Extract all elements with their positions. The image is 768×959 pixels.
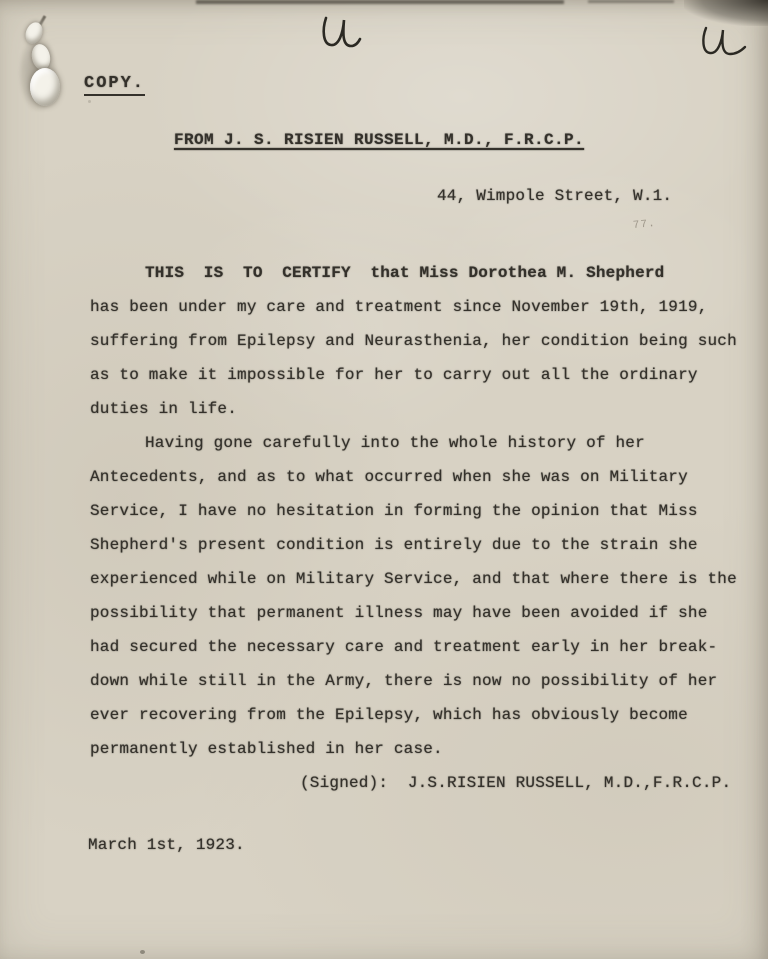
body-line: Service, I have no hesitation in forming… xyxy=(90,494,745,528)
body-line: has been under my care and treatment sin… xyxy=(90,290,745,324)
handwritten-u-mark-right xyxy=(698,24,748,62)
faint-pencil-mark: 77. xyxy=(632,218,656,232)
address-line: 44, Wimpole Street, W.1. xyxy=(437,187,672,205)
copy-label: COPY. xyxy=(84,74,145,96)
body-line: possibility that permanent illness may h… xyxy=(90,596,745,630)
body-line: down while still in the Army, there is n… xyxy=(90,664,745,698)
certify-line: THIS IS TO CERTIFY that Miss Dorothea M.… xyxy=(90,256,745,290)
letter-body: THIS IS TO CERTIFY that Miss Dorothea M.… xyxy=(90,256,745,800)
body-line: duties in life. xyxy=(90,392,745,426)
body-line: suffering from Epilepsy and Neurasthenia… xyxy=(90,324,745,358)
body-line: permanently established in her case. xyxy=(90,732,745,766)
page-corner-shadow xyxy=(684,0,768,26)
paper-speck xyxy=(88,100,91,103)
signed-line: (Signed): J.S.RISIEN RUSSELL, M.D.,F.R.C… xyxy=(90,766,745,800)
scanned-document-page: 77. COPY. FROM J. S. RISIEN RUSSELL, M.D… xyxy=(0,0,768,959)
body-line: as to make it impossible for her to carr… xyxy=(90,358,745,392)
body-line: Antecedents, and as to what occurred whe… xyxy=(90,460,745,494)
handwritten-u-mark-center xyxy=(318,12,364,60)
scan-edge-shadow xyxy=(588,0,674,3)
date-line: March 1st, 1923. xyxy=(88,836,245,854)
body-line: experienced while on Military Service, a… xyxy=(90,562,745,596)
body-line: Having gone carefully into the whole his… xyxy=(90,426,745,460)
paper-speck xyxy=(140,950,145,954)
body-line: ever recovering from the Epilepsy, which… xyxy=(90,698,745,732)
body-line: had secured the necessary care and treat… xyxy=(90,630,745,664)
staple-hole-damage xyxy=(6,16,76,126)
document-heading: FROM J. S. RISIEN RUSSELL, M.D., F.R.C.P… xyxy=(174,131,584,149)
scan-edge-shadow xyxy=(196,0,564,4)
body-line: Shepherd's present condition is entirely… xyxy=(90,528,745,562)
